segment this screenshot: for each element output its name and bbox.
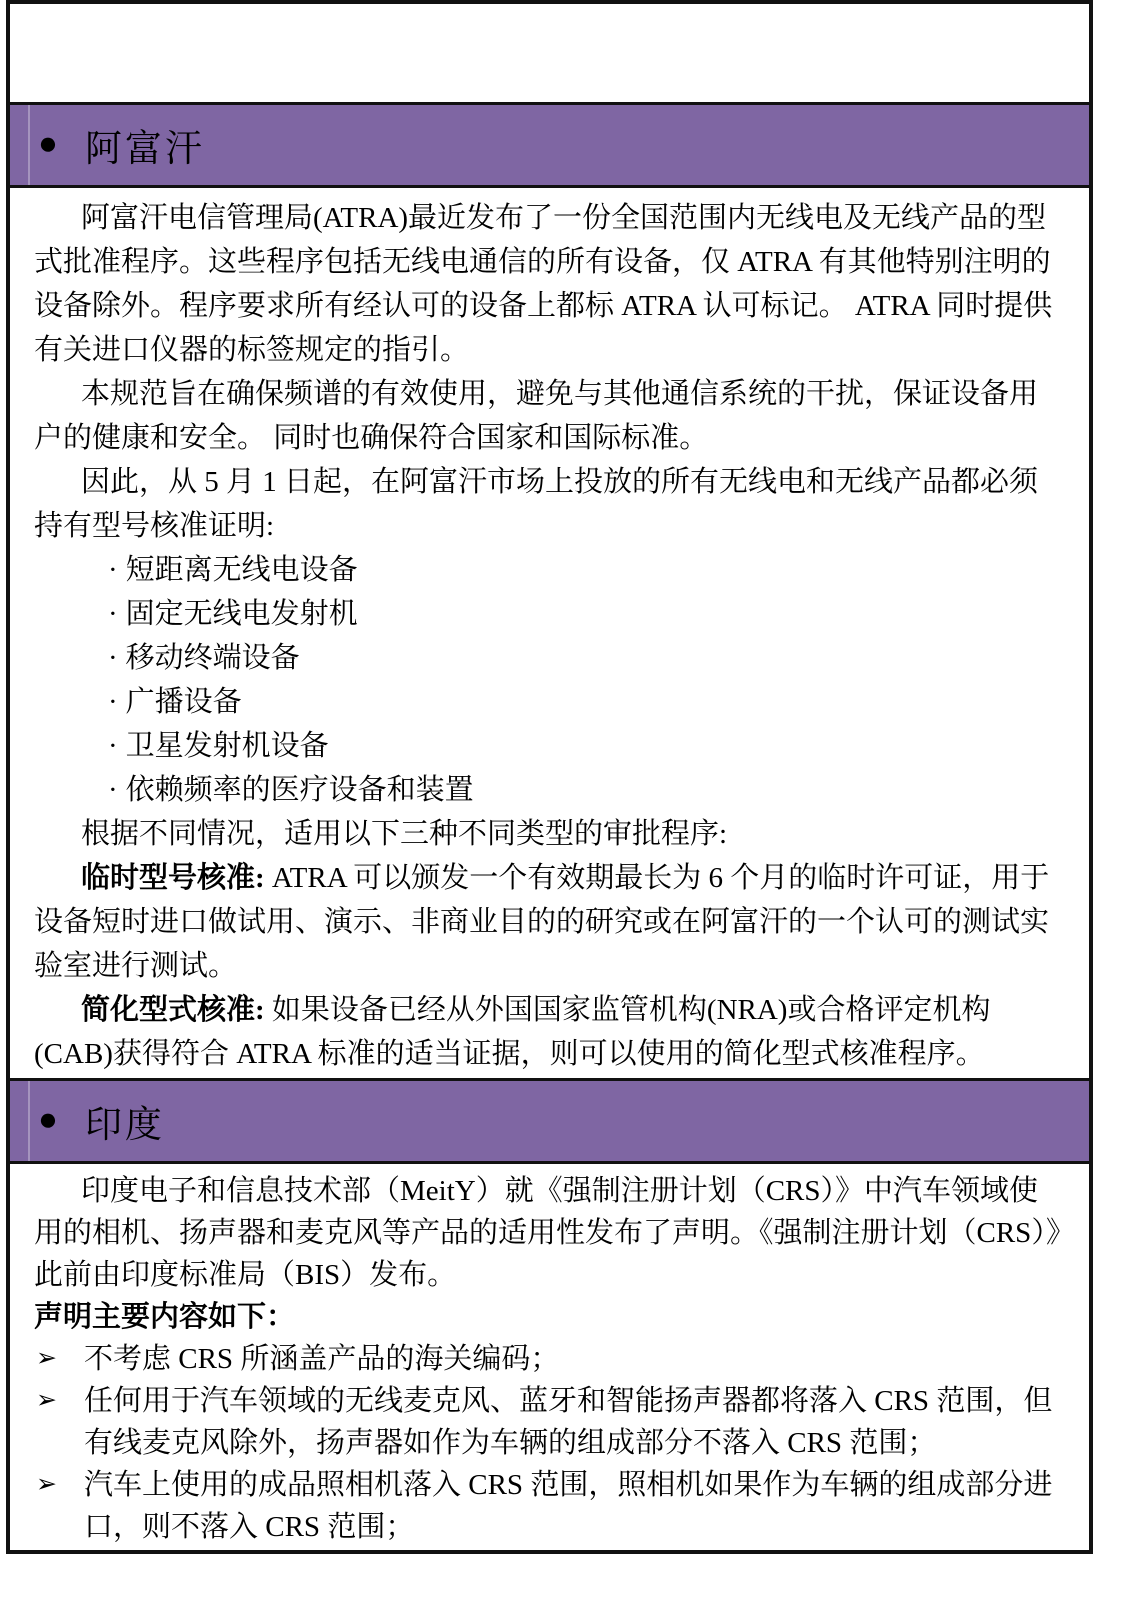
dot-bullet-icon: · xyxy=(108,774,118,806)
device-list-item: ·依赖频率的医疗设备和装置 xyxy=(34,768,1063,812)
crs-bullet-text: 不考虑 CRS 所涵盖产品的海关编码； xyxy=(84,1338,1063,1380)
arrow-bullet-icon: ➢ xyxy=(34,1338,84,1380)
section-bullet-icon: ● xyxy=(38,128,58,161)
dot-bullet-icon: · xyxy=(108,554,118,586)
statement-heading-text: 声明主要内容如下： xyxy=(34,1301,295,1333)
approval-type-lead: 简化型式核准: xyxy=(81,994,265,1026)
device-list-item: ·固定无线电发射机 xyxy=(34,592,1063,636)
section-content-india: 印度电子和信息技术部（MeitY）就《强制注册计划（CRS）》中汽车领域使用的相… xyxy=(10,1164,1089,1550)
crs-bullet-text: 汽车上使用的成品照相机落入 CRS 范围，照相机如果作为车辆的组成部分进口，则不… xyxy=(84,1464,1063,1548)
device-list-item: ·移动终端设备 xyxy=(34,636,1063,680)
dot-bullet-icon: · xyxy=(108,686,118,718)
approval-type-lead: 临时型号核准: xyxy=(81,862,265,894)
paragraph-simplified-approval: 简化型式核准: 如果设备已经从外国国家监管机构(NRA)或合格评定机构(CAB)… xyxy=(34,988,1063,1076)
section-title-india: 印度 xyxy=(85,1094,165,1148)
empty-top-cell xyxy=(10,4,1089,102)
paragraph-temporary-approval: 临时型号核准: ATRA 可以颁发一个有效期最长为 6 个月的临时许可证，用于设… xyxy=(34,856,1063,988)
paragraph-three-procedures: 根据不同情况，适用以下三种不同类型的审批程序: xyxy=(34,812,1063,856)
device-list-label: 移动终端设备 xyxy=(126,642,300,674)
crs-bullet-item: ➢ 汽车上使用的成品照相机落入 CRS 范围，照相机如果作为车辆的组成部分进口，… xyxy=(34,1464,1063,1548)
section-content-afghanistan: 阿富汗电信管理局(ATRA)最近发布了一份全国范围内无线电及无线产品的型式批准程… xyxy=(10,188,1089,1078)
device-list-label: 卫星发射机设备 xyxy=(126,730,329,762)
crs-bullet-text: 任何用于汽车领域的无线麦克风、蓝牙和智能扬声器都将落入 CRS 范围，但有线麦克… xyxy=(84,1380,1063,1464)
device-list-label: 依赖频率的医疗设备和装置 xyxy=(126,774,474,806)
crs-bullet-item: ➢ 不考虑 CRS 所涵盖产品的海关编码； xyxy=(34,1338,1063,1380)
crs-bullet-item: ➢ 任何用于汽车领域的无线麦克风、蓝牙和智能扬声器都将落入 CRS 范围，但有线… xyxy=(34,1380,1063,1464)
device-list-item: ·卫星发射机设备 xyxy=(34,724,1063,768)
dot-bullet-icon: · xyxy=(108,730,118,762)
document-table: ● 阿富汗 阿富汗电信管理局(ATRA)最近发布了一份全国范围内无线电及无线产品… xyxy=(6,0,1093,1554)
device-list-label: 固定无线电发射机 xyxy=(126,598,358,630)
device-list-item: ·短距离无线电设备 xyxy=(34,548,1063,592)
arrow-bullet-icon: ➢ xyxy=(34,1548,84,1550)
section-header-afghanistan: ● 阿富汗 xyxy=(10,102,1089,188)
dot-bullet-icon: · xyxy=(108,598,118,630)
section-header-india: ● 印度 xyxy=(10,1078,1089,1164)
device-list-label: 广播设备 xyxy=(126,686,242,718)
device-list-label: 短距离无线电设备 xyxy=(126,554,358,586)
paragraph-atra-intro: 阿富汗电信管理局(ATRA)最近发布了一份全国范围内无线电及无线产品的型式批准程… xyxy=(34,196,1063,372)
crs-bullet-text: 未封壳样品以及没有具体型号的产品不落入 CRS 范围。 xyxy=(84,1548,1063,1550)
paragraph-meity-statement: 印度电子和信息技术部（MeitY）就《强制注册计划（CRS）》中汽车领域使用的相… xyxy=(34,1170,1063,1296)
section-bullet-icon: ● xyxy=(38,1104,58,1137)
crs-bullet-item: ➢ 未封壳样品以及没有具体型号的产品不落入 CRS 范围。 xyxy=(34,1548,1063,1550)
section-title-afghanistan: 阿富汗 xyxy=(85,118,205,172)
device-list-item: ·广播设备 xyxy=(34,680,1063,724)
paragraph-may1-requirement: 因此，从 5 月 1 日起，在阿富汗市场上投放的所有无线电和无线产品都必须持有型… xyxy=(34,460,1063,548)
arrow-bullet-icon: ➢ xyxy=(34,1464,84,1548)
arrow-bullet-icon: ➢ xyxy=(34,1380,84,1464)
paragraph-spectrum-purpose: 本规范旨在确保频谱的有效使用，避免与其他通信系统的干扰，保证设备用户的健康和安全… xyxy=(34,372,1063,460)
dot-bullet-icon: · xyxy=(108,642,118,674)
statement-heading: 声明主要内容如下： xyxy=(34,1296,1063,1338)
